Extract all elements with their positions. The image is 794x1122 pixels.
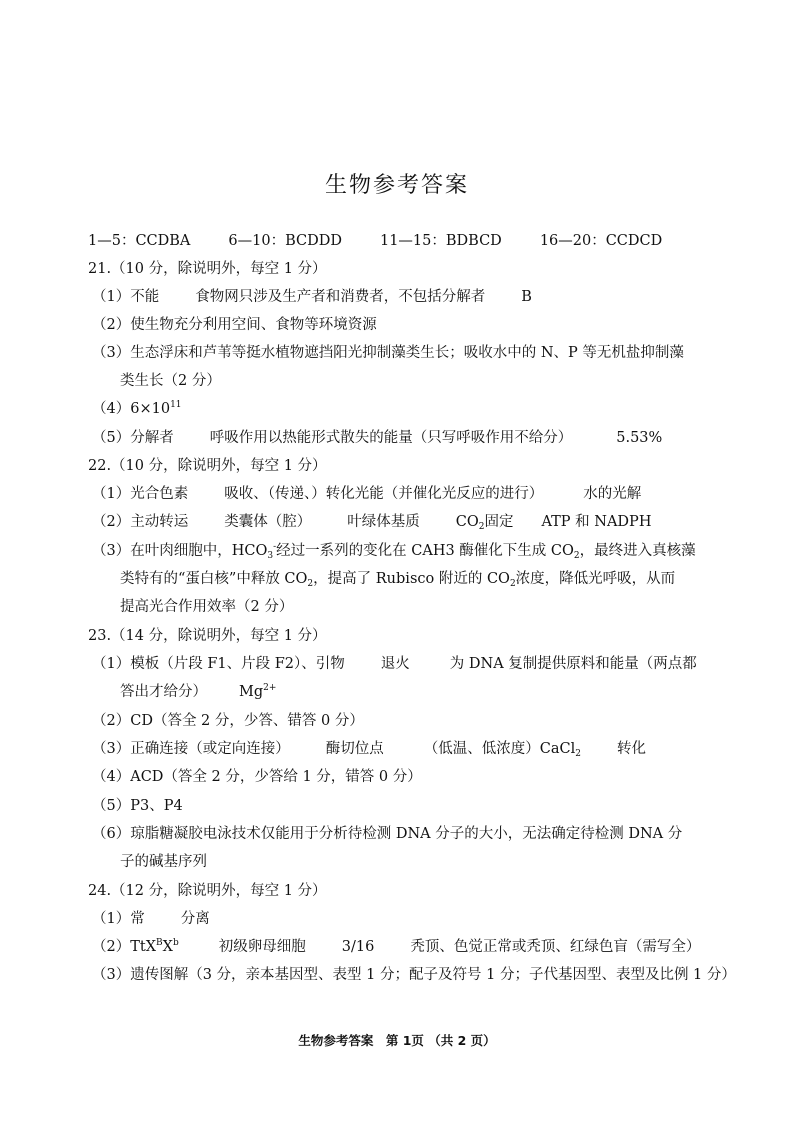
q21-part2: （2）使生物充分利用空间、食物等环境资源 <box>92 315 377 335</box>
answer-text: （3）正确连接（或定向连接） <box>92 741 290 757</box>
q21-part1: （1）不能食物网只涉及生产者和消费者，不包括分解者B <box>92 287 532 307</box>
answer-text: （1）光合色素 <box>92 486 188 502</box>
answer-text: 吸收、（传递、）转化光能（并催化光反应的进行） <box>224 486 543 502</box>
q23-part6: （6）琼脂糖凝胶电泳技术仅能用于分析待检测 DNA 分子的大小，无法确定待检测 … <box>92 824 682 844</box>
answer-text: 初级卵母细胞 <box>219 939 306 955</box>
q21-part3-cont: 类生长（2 分） <box>120 371 221 391</box>
mc-group-2: 6—10：BCDDD <box>228 231 342 251</box>
answer-text: ，提高了 Rubisco 附近的 CO <box>313 571 510 587</box>
answer-text: （2）TtX <box>92 939 156 955</box>
subscript: 3 <box>267 551 273 561</box>
mc-group-4: 16—20：CCDCD <box>540 231 662 251</box>
q21-part4: （4）6×1011 <box>92 399 182 419</box>
answer-text: 转化 <box>617 741 646 757</box>
answer-text: B <box>521 289 532 305</box>
answer-text: 叶绿体基质 <box>347 514 420 530</box>
answer-text: （2）主动转运 <box>92 514 188 530</box>
answer-text: 3/16 <box>342 939 375 955</box>
q24-part2: （2）TtXBXb初级卵母细胞3/16秃顶、色觉正常或秃顶、红绿色盲（需写全） <box>92 937 700 957</box>
answer-text: 类特有的“蛋白核”中释放 CO <box>120 571 307 587</box>
answer-text: 食物网只涉及生产者和消费者，不包括分解者 <box>195 289 485 305</box>
answer-text: 经过一系列的变化在 CAH3 酶催化下生成 CO <box>276 543 574 559</box>
answer-text: ATP 和 NADPH <box>541 514 651 530</box>
q22-part3: （3）在叶肉细胞中，HCO3-经过一系列的变化在 CAH3 酶催化下生成 CO2… <box>92 541 696 561</box>
superscript: b <box>173 938 179 948</box>
answer-text: 呼吸作用以热能形式散失的能量（只写呼吸作用不给分） <box>210 430 573 446</box>
q23-part4: （4）ACD（答全 2 分，少答给 1 分，错答 0 分） <box>92 767 422 787</box>
answer-text: ，最终进入真核藻 <box>580 543 696 559</box>
q22-part3-cont: 类特有的“蛋白核”中释放 CO2，提高了 Rubisco 附近的 CO2浓度，降… <box>120 569 675 589</box>
multiple-choice-answers: 1—5：CCDBA6—10：BCDDD11—15：BDBCD16—20：CCDC… <box>88 231 700 251</box>
q21-part3: （3）生态浮床和芦苇等挺水植物遮挡阳光抑制藻类生长；吸收水中的 N、P 等无机盐… <box>92 343 684 363</box>
answer-text: 浓度，降低光呼吸，从而 <box>516 571 676 587</box>
answer-text: 类囊体（腔） <box>224 514 311 530</box>
q23-part3: （3）正确连接（或定向连接）酶切位点（低温、低浓度）CaCl2转化 <box>92 739 646 759</box>
answer-text: 水的光解 <box>583 486 641 502</box>
answer-text: 酶切位点 <box>326 741 384 757</box>
answer-text: X <box>163 939 173 955</box>
q22-part1: （1）光合色素吸收、（传递、）转化光能（并催化光反应的进行）水的光解 <box>92 484 641 504</box>
page-footer: 生物参考答案 第 1页 （共 2 页） <box>0 1031 794 1049</box>
superscript: 2+ <box>263 683 276 693</box>
mc-group-3: 11—15：BDBCD <box>380 231 502 251</box>
superscript: B <box>156 938 163 948</box>
answer-text: （1）模板（片段 F1、片段 F2）、引物 <box>92 656 345 672</box>
answer-text: 秃顶、色觉正常或秃顶、红绿色盲（需写全） <box>410 939 700 955</box>
answer-text: 5.53% <box>616 430 662 446</box>
q23-part1: （1）模板（片段 F1、片段 F2）、引物退火为 DNA 复制提供原料和能量（两… <box>92 654 697 674</box>
exponent: 11 <box>170 400 181 410</box>
q23-part2: （2）CD（答全 2 分，少答、错答 0 分） <box>92 711 364 731</box>
q23-part1-cont: 答出才给分）Mg2+ <box>120 682 276 702</box>
answer-text: Mg <box>239 684 263 700</box>
q23-part6-cont: 子的碱基序列 <box>120 852 207 872</box>
q24-heading: 24.（12 分，除说明外，每空 1 分） <box>88 881 327 901</box>
mc-group-1: 1—5：CCDBA <box>88 231 190 251</box>
answer-text: 为 DNA 复制提供原料和能量（两点都 <box>450 656 697 672</box>
q22-part3-cont2: 提高光合作用效率（2 分） <box>120 597 293 617</box>
answer-text: （3）在叶肉细胞中，HCO <box>92 543 267 559</box>
q21-heading: 21.（10 分，除说明外，每空 1 分） <box>88 259 327 279</box>
q23-part5: （5）P3、P4 <box>92 796 183 816</box>
answer-text: 退火 <box>381 656 410 672</box>
q22-heading: 22.（10 分，除说明外，每空 1 分） <box>88 456 327 476</box>
q21-part5: （5）分解者呼吸作用以热能形式散失的能量（只写呼吸作用不给分）5.53% <box>92 428 662 448</box>
q24-part3: （3）遗传图解（3 分，亲本基因型、表型 1 分；配子及符号 1 分；子代基因型… <box>92 965 736 985</box>
answer-text: 固定 <box>484 514 513 530</box>
page-title: 生物参考答案 <box>0 168 794 199</box>
answer-text: （4）6×10 <box>92 401 170 417</box>
answer-text: 答出才给分） <box>120 684 207 700</box>
answer-text: （5）分解者 <box>92 430 174 446</box>
answer-text: CO <box>456 514 479 530</box>
q23-heading: 23.（14 分，除说明外，每空 1 分） <box>88 626 327 646</box>
q22-part2: （2）主动转运类囊体（腔）叶绿体基质CO2固定ATP 和 NADPH <box>92 512 651 532</box>
answer-text: 分离 <box>181 911 210 927</box>
answer-text: （1）常 <box>92 911 145 927</box>
answer-text: （1）不能 <box>92 289 159 305</box>
subscript: 2 <box>575 749 581 759</box>
q24-part1: （1）常分离 <box>92 909 210 929</box>
answer-text: （低温、低浓度）CaCl <box>424 741 575 757</box>
